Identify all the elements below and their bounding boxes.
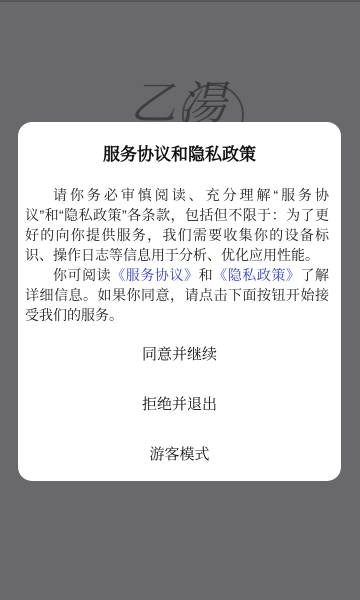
policy-paragraph-1: 请你务必审慎阅读、充分理解“服务协议”和“隐私政策”各条款，包括但不限于：为了更… [25, 185, 329, 265]
privacy-policy-dialog: 服务协议和隐私政策 请你务必审慎阅读、充分理解“服务协议”和“隐私政策”各条款，… [18, 122, 341, 481]
dialog-body: 请你务必审慎阅读、充分理解“服务协议”和“隐私政策”各条款，包括但不限于：为了更… [18, 185, 341, 325]
policy-paragraph-2: 你可阅读《服务协议》和《隐私政策》了解详细信息。如果你同意，请点击下面按钮开始接… [25, 265, 329, 325]
app-logo: 乙湯 [0, 78, 360, 129]
app-screen: 乙湯 服务协议和隐私政策 请你务必审慎阅读、充分理解“服务协议”和“隐私政策”各… [0, 0, 360, 600]
status-bar-shade [0, 0, 360, 2]
agree-and-continue-button[interactable]: 同意并继续 [18, 328, 341, 378]
dialog-buttons: 同意并继续 拒绝并退出 游客模式 [18, 328, 341, 478]
paragraph-2-mid: 和 [199, 267, 214, 283]
paragraph-2-prefix: 你可阅读 [53, 267, 111, 283]
privacy-policy-link[interactable]: 《隐私政策》 [213, 267, 300, 283]
dialog-title: 服务协议和隐私政策 [18, 142, 341, 168]
guest-mode-button[interactable]: 游客模式 [18, 428, 341, 478]
refuse-and-exit-button[interactable]: 拒绝并退出 [18, 378, 341, 428]
service-agreement-link[interactable]: 《服务协议》 [111, 267, 198, 283]
